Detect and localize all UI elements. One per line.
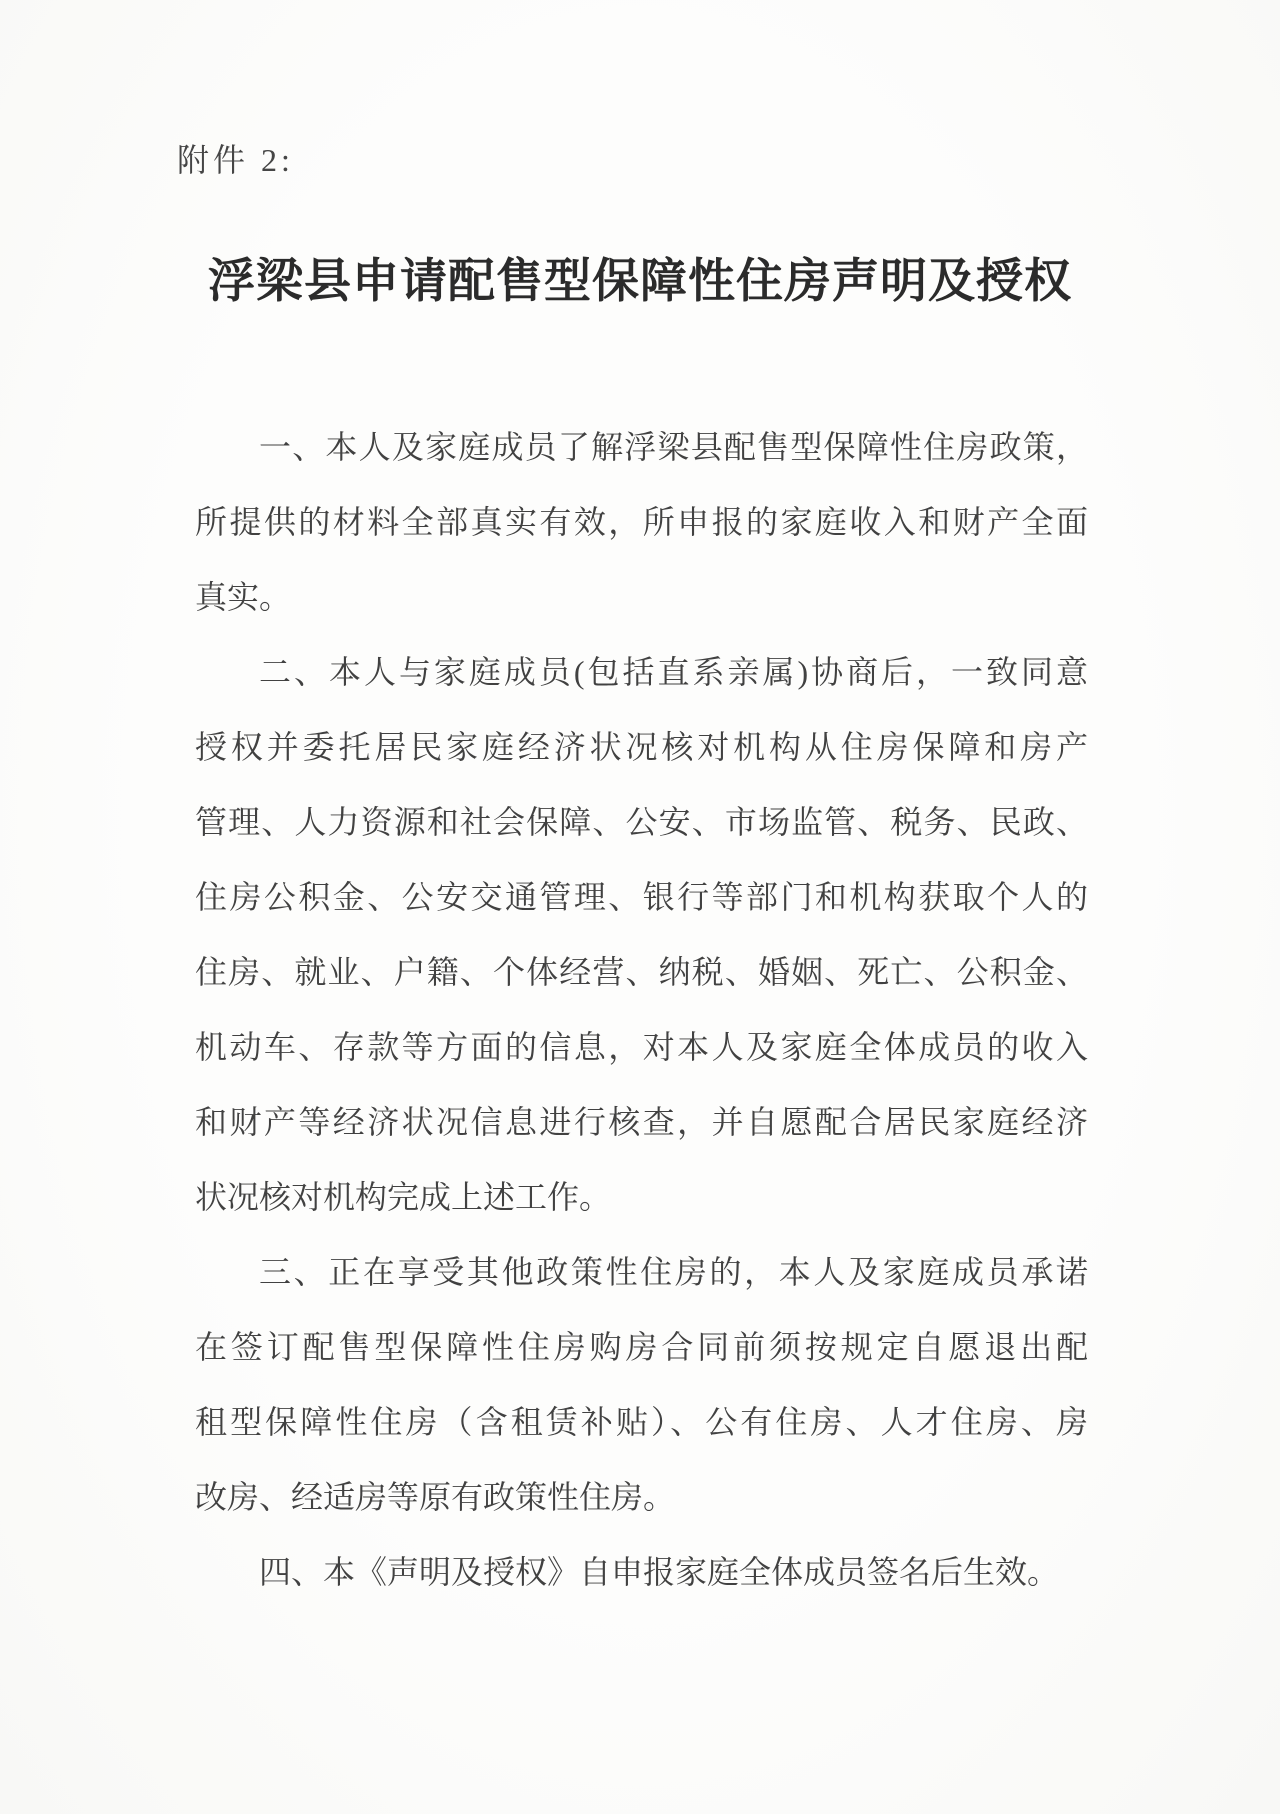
- text-line: 所提供的材料全部真实有效，所申报的家庭收入和财产全面: [195, 485, 1088, 560]
- text-line: 改房、经适房等原有政策性住房。: [195, 1460, 1088, 1535]
- text-line: 机动车、存款等方面的信息，对本人及家庭全体成员的收入: [195, 1010, 1088, 1085]
- text-line: 真实。: [195, 560, 1088, 635]
- text-line: 住房、就业、户籍、个体经营、纳税、婚姻、死亡、公积金、: [195, 935, 1088, 1010]
- text-line: 二、本人与家庭成员(包括直系亲属)协商后，一致同意: [195, 635, 1088, 710]
- text-line: 住房公积金、公安交通管理、银行等部门和机构获取个人的: [195, 860, 1088, 935]
- text-line: 管理、人力资源和社会保障、公安、市场监管、税务、民政、: [195, 785, 1088, 860]
- attachment-label: 附件 2:: [177, 138, 294, 182]
- text-line: 四、本《声明及授权》自申报家庭全体成员签名后生效。: [195, 1535, 1088, 1610]
- text-line: 一、本人及家庭成员了解浮梁县配售型保障性住房政策，: [195, 410, 1088, 485]
- document-body: 一、本人及家庭成员了解浮梁县配售型保障性住房政策，所提供的材料全部真实有效，所申…: [195, 410, 1088, 1610]
- text-line: 和财产等经济状况信息进行核查，并自愿配合居民家庭经济: [195, 1085, 1088, 1160]
- text-line: 授权并委托居民家庭经济状况核对机构从住房保障和房产: [195, 710, 1088, 785]
- scanned-document-page: 附件 2: 浮梁县申请配售型保障性住房声明及授权 一、本人及家庭成员了解浮梁县配…: [0, 0, 1280, 1814]
- text-line: 三、正在享受其他政策性住房的，本人及家庭成员承诺: [195, 1235, 1088, 1310]
- text-line: 在签订配售型保障性住房购房合同前须按规定自愿退出配: [195, 1310, 1088, 1385]
- text-line: 租型保障性住房（含租赁补贴）、公有住房、人才住房、房: [195, 1385, 1088, 1460]
- document-title: 浮梁县申请配售型保障性住房声明及授权: [160, 252, 1120, 312]
- text-line: 状况核对机构完成上述工作。: [195, 1160, 1088, 1235]
